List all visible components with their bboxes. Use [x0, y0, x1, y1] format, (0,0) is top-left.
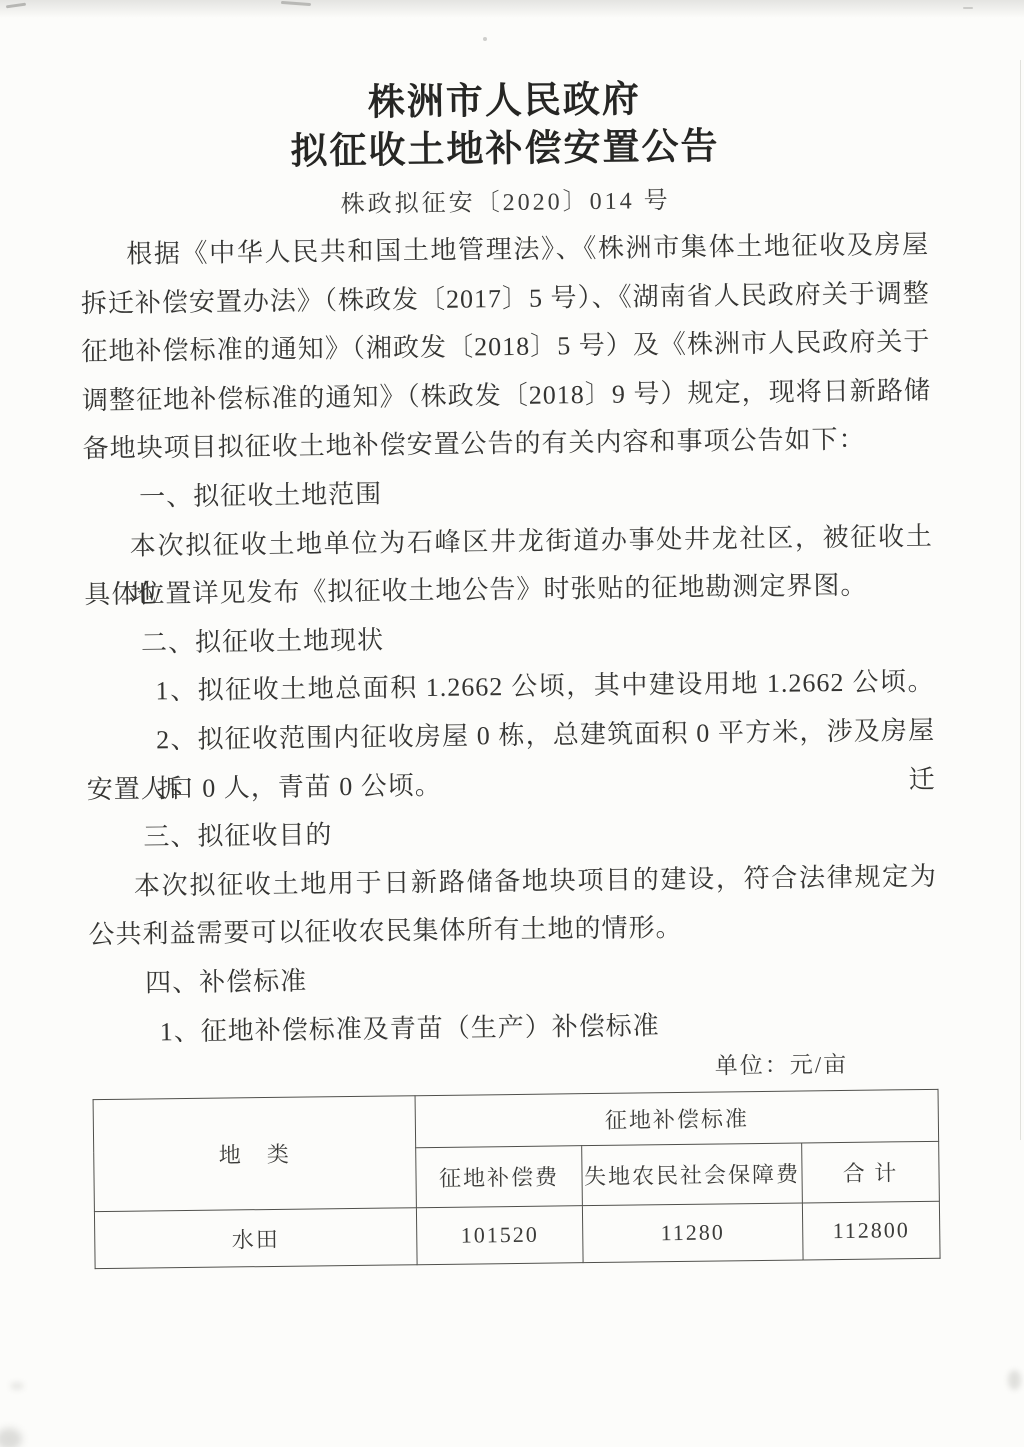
document-content: 株洲市人民政府 拟征收土地补偿安置公告 株政拟征安〔2020〕014 号 根据《…	[0, 0, 1024, 1447]
header-total: 合 计	[802, 1141, 940, 1203]
document-title-subject: 拟征收土地补偿安置公告	[0, 124, 1017, 177]
document-body: 根据《中华人民共和国土地管理法》、《株洲市集体土地征收及房屋 拆迁补偿安置办法》…	[80, 221, 939, 1057]
header-land-type: 地 类	[93, 1096, 416, 1212]
cell-social-security: 11280	[582, 1203, 803, 1263]
header-social-security-fee: 失地农民社会保障费	[582, 1143, 803, 1206]
scanned-notice-page: 株洲市人民政府 拟征收土地补偿安置公告 株政拟征安〔2020〕014 号 根据《…	[0, 0, 1024, 1447]
cell-land-type: 水田	[94, 1208, 417, 1269]
compensation-standard-table: 地 类 征地补偿标准 征地补偿费 失地农民社会保障费 合 计 水田 101520…	[93, 1089, 941, 1269]
header-compensation-group: 征地补偿标准	[415, 1089, 939, 1147]
cell-land-comp: 101520	[416, 1206, 583, 1265]
document-title-authority: 株洲市人民政府	[0, 76, 1017, 129]
body-line: 1、征地补偿标准及青苗（生产）补偿标准	[89, 998, 939, 1057]
body-line: 具体位置详见发布《拟征收土地公告》时张贴的征地勘测定界图。	[84, 561, 934, 620]
body-line: 备地块项目拟征收土地补偿安置公告的有关内容和事项公告如下：	[82, 415, 932, 474]
table-row: 水田 101520 11280 112800	[94, 1201, 940, 1268]
document-number: 株政拟征安〔2020〕014 号	[0, 183, 1018, 224]
body-line: 2、拟征收范围内征收房屋 0 栋，总建筑面积 0 平方米，涉及房屋拆迁	[86, 707, 936, 766]
cell-total: 112800	[802, 1201, 940, 1260]
header-land-comp-fee: 征地补偿费	[416, 1146, 583, 1208]
